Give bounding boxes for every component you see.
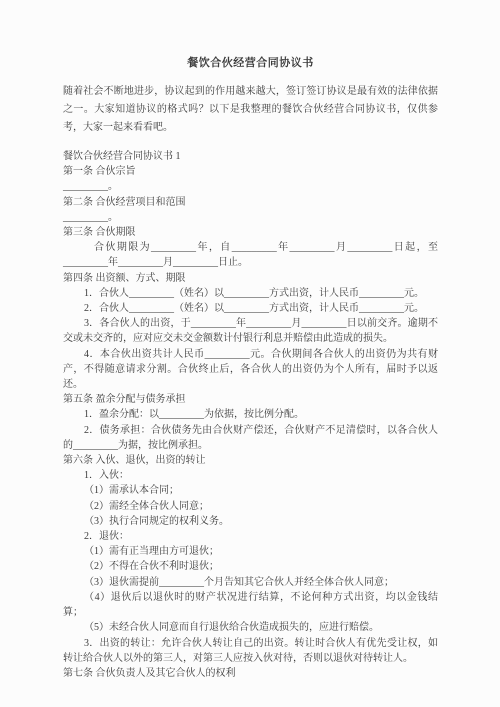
clause-4-item-1: 1．合伙人_________（姓名）以_________方式出资，计人民币___… [63,286,438,301]
blank-fill-line: _________。 [63,179,438,194]
clause-6-subitem-2-1: （1）需有正当理由方可退伙； [63,544,438,559]
clause-heading-2: 第二条 合伙经营项目和范围 [63,195,438,210]
clause-heading-5: 第五条 盈余分配与债务承担 [63,392,438,407]
clause-6-subitem-1-3: （3）执行合同规定的权利义务。 [63,514,438,529]
clause-6-item-1: 1．入伙： [63,468,438,483]
clause-6-item-2: 2．退伙： [63,529,438,544]
clause-heading-3: 第三条 合伙期限 [63,225,438,240]
page-title: 餐饮合伙经营合同协议书 [63,56,438,70]
clause-4-item-2: 2．合伙人_________（姓名）以_________方式出资，计人民币___… [63,301,438,316]
clause-6-subitem-2-5: （5）未经合伙人同意而自行退伙给合伙造成损失的，应进行赔偿。 [63,620,438,635]
clause-3-term-line: 合伙期限为_________年，自_________年_________月___… [63,240,438,270]
clause-6-subitem-2-3: （3）退伙需提前_________个月告知其它合伙人并经全体合伙人同意； [63,575,438,590]
clause-6-item-3: 3．出资的转让：允许合伙人转让自己的出资。转让时合伙人有优先受让权，如转让给合伙… [63,636,438,666]
clause-4-item-3: 3．各合伙人的出资，于_________年_________月_________… [63,316,438,346]
document-body: 餐饮合伙经营合同协议书 1 第一条 合伙宗旨 _________。 第二条 合伙… [63,149,438,681]
clause-heading-6: 第六条 入伙、退伙，出资的转让 [63,453,438,468]
blank-fill-line: _________。 [63,210,438,225]
clause-6-subitem-1-1: （1）需承认本合同； [63,483,438,498]
clause-5-item-2: 2．债务承担：合伙债务先由合伙财产偿还，合伙财产不足清偿时，以各合伙人的____… [63,423,438,453]
document-page: 餐饮合伙经营合同协议书 随着社会不断地进步，协议起到的作用越来越大，签订签订协议… [0,0,500,707]
clause-heading-7: 第七条 合伙负责人及其它合伙人的权利 [63,666,438,681]
clause-6-subitem-2-4: （4）退伙后以退伙时的财产状况进行结算，不论何种方式出资，均以金钱结算； [63,590,438,620]
clause-heading-1: 第一条 合伙宗旨 [63,164,438,179]
clause-6-subitem-2-2: （2）不得在合伙不利时退伙； [63,559,438,574]
intro-paragraph: 随着社会不断地进步，协议起到的作用越来越大，签订签订协议是最有效的法律依据之一。… [63,83,438,137]
clause-6-subitem-1-2: （2）需经全体合伙人同意； [63,499,438,514]
clause-5-item-1: 1．盈余分配：以_________为依据，按比例分配。 [63,407,438,422]
clause-heading-4: 第四条 出资额、方式、期限 [63,271,438,286]
clause-4-item-4: 4．本合伙出资共计人民币_________元。合伙期间各合伙人的出资仍为共有财产… [63,347,438,393]
document-subtitle: 餐饮合伙经营合同协议书 1 [63,149,438,164]
